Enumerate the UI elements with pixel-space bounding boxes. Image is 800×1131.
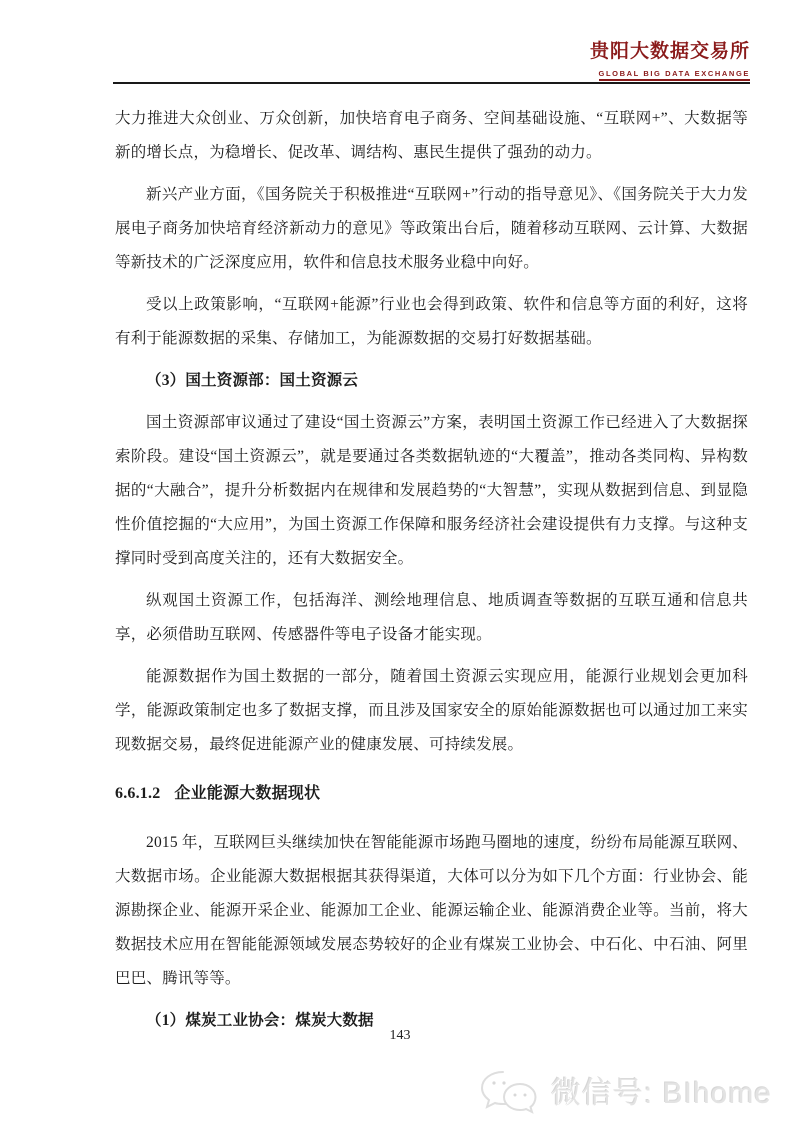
paragraph: 能源数据作为国土数据的一部分，随着国土资源云实现应用，能源行业规划会更加科学，能… xyxy=(115,660,748,762)
section-heading: 6.6.1.2企业能源大数据现状 xyxy=(115,777,748,811)
paragraph: 新兴产业方面，《国务院关于积极推进“互联网+”行动的指导意见》、《国务院关于大力… xyxy=(115,178,748,280)
paragraph: 受以上政策影响，“互联网+能源”行业也会得到政策、软件和信息等方面的利好，这将有… xyxy=(115,288,748,356)
brand-logo-title: 贵阳大数据交易所 xyxy=(113,42,750,63)
watermark-text: 微信号: BIhome xyxy=(551,1068,772,1112)
wechat-icon xyxy=(477,1066,541,1114)
brand-logo-subtitle: GLOBAL BIG DATA EXCHANGE xyxy=(599,70,750,81)
brand-logo: 贵阳大数据交易所 GLOBAL BIG DATA EXCHANGE xyxy=(113,42,750,81)
paragraph: 国土资源部审议通过了建设“国土资源云”方案，表明国土资源工作已经进入了大数据探索… xyxy=(115,406,748,576)
page-header: 贵阳大数据交易所 GLOBAL BIG DATA EXCHANGE xyxy=(113,42,750,84)
watermark: 微信号: BIhome xyxy=(477,1066,772,1114)
paragraph: 大力推进大众创业、万众创新，加快培育电子商务、空间基础设施、“互联网+”、大数据… xyxy=(115,102,748,170)
page-number: 143 xyxy=(0,1028,800,1044)
header-divider xyxy=(113,82,750,84)
section-number: 6.6.1.2 xyxy=(115,785,160,802)
section-title: 企业能源大数据现状 xyxy=(174,785,320,802)
sub-heading: （3）国土资源部：国土资源云 xyxy=(115,364,748,398)
document-body: 大力推进大众创业、万众创新，加快培育电子商务、空间基础设施、“互联网+”、大数据… xyxy=(115,94,748,1046)
paragraph: 2015 年，互联网巨头继续加快在智能能源市场跑马圈地的速度，纷纷布局能源互联网… xyxy=(115,826,748,996)
paragraph: 纵观国土资源工作，包括海洋、测绘地理信息、地质调查等数据的互联互通和信息共享，必… xyxy=(115,584,748,652)
